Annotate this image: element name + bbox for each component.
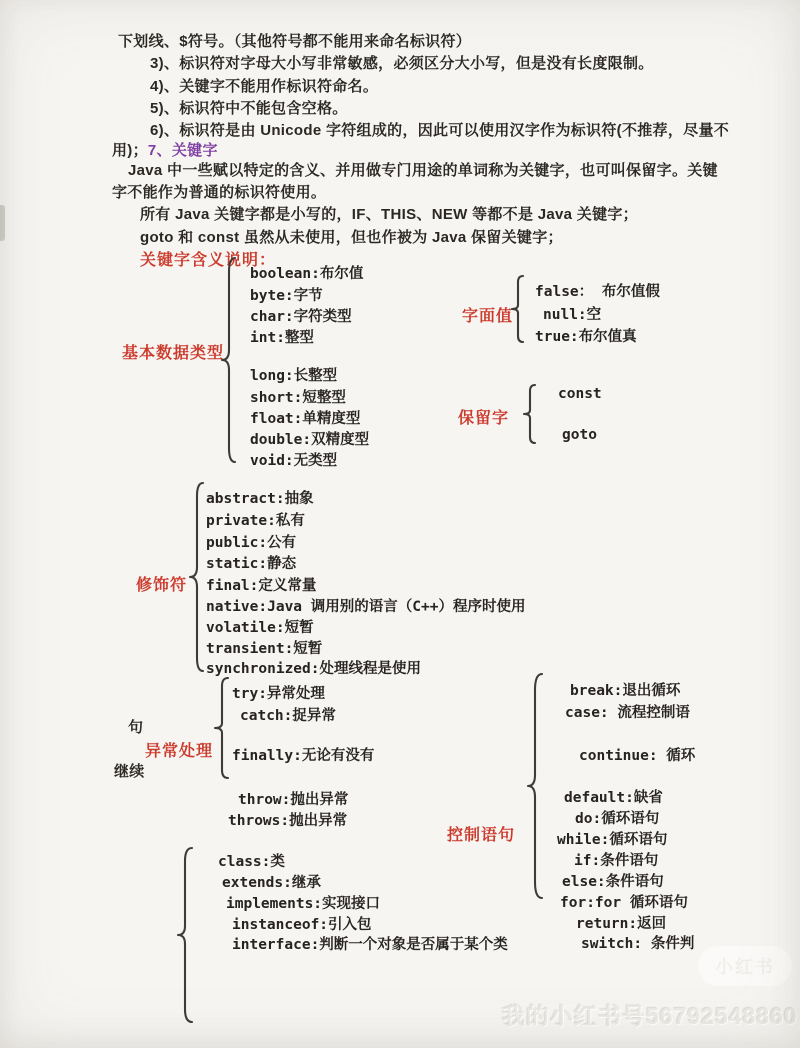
keyword-item: double:双精度型 (250, 428, 369, 449)
keyword-item: abstract:抽象 (206, 487, 314, 508)
curly-brace-exceptions (213, 676, 231, 780)
keyword-item: static:静态 (206, 552, 296, 573)
intro-line-6: 用)；7、关键字 (112, 139, 218, 160)
keyword-item: interface:判断一个对象是否属于某个类 (232, 933, 508, 954)
keyword-item: switch: 条件判 (581, 932, 694, 953)
keyword-item: if:条件语句 (574, 849, 658, 870)
keyword-item: catch:捉异常 (240, 704, 336, 725)
group-label-reserved: 保留字 (458, 405, 509, 428)
curly-brace-class (176, 846, 196, 1024)
intro-para-1b: 字不能作为普通的标识符使用。 (112, 181, 326, 202)
keyword-item: const (558, 386, 602, 402)
intro-line-3: 4)、关键字不能用作标识符命名。 (150, 75, 378, 96)
curly-brace-control (526, 672, 546, 900)
keyword-item: transient:短暂 (206, 637, 322, 658)
keyword-item: int:整型 (250, 326, 314, 347)
keyword-item: public:公有 (206, 531, 296, 552)
keyword-section-number: 7、关键字 (148, 142, 218, 159)
intro-para-3: goto 和 const 虽然从未使用，但也作被为 Java 保留关键字； (140, 226, 563, 247)
keyword-item: native:Java 调用别的语言（C++）程序时使用 (206, 595, 525, 616)
curly-brace-reserved (522, 383, 538, 445)
keyword-item: while:循环语句 (557, 828, 667, 849)
keyword-item: private:私有 (206, 509, 305, 530)
keyword-item: false： 布尔值假 (535, 280, 660, 301)
keyword-item: boolean:布尔值 (250, 262, 363, 283)
keyword-item: volatile:短暂 (206, 616, 314, 637)
intro-line-6-black: 用)； (112, 142, 148, 159)
keyword-item: char:字符类型 (250, 305, 352, 326)
keyword-item: finally:无论有没有 (232, 744, 374, 765)
keyword-item: synchronized:处理线程是使用 (206, 657, 421, 678)
keyword-item: continue: 循环 (579, 744, 695, 765)
keyword-item: float:单精度型 (250, 407, 360, 428)
keyword-item: return:返回 (576, 912, 666, 933)
curly-brace-modifiers (188, 481, 206, 673)
curly-brace-literals (510, 274, 526, 344)
document-page: 下划线、$符号。（其他符号都不能用来命名标识符） 3)、标识符对字母大小写非常敏… (0, 0, 800, 1048)
keyword-item: class:类 (218, 850, 285, 871)
keyword-item: goto (562, 427, 597, 443)
curly-brace-basic-types (220, 256, 238, 464)
keyword-item: null:空 (543, 303, 601, 324)
stray-text-bottom: 继续 (114, 760, 145, 781)
watermark-id-text: 我的小红书号56792548860 (502, 998, 798, 1031)
keyword-item: byte:字节 (250, 284, 323, 305)
keyword-item: short:短整型 (250, 386, 346, 407)
keyword-item: break:退出循环 (570, 679, 680, 700)
keyword-item: extends:继承 (222, 871, 321, 892)
keyword-item: true:布尔值真 (535, 325, 637, 346)
keyword-item: try:异常处理 (232, 682, 325, 703)
group-label-exceptions: 异常处理 (145, 738, 213, 761)
intro-para-2: 所有 Java 关键字都是小写的，IF、THIS、NEW 等都不是 Java 关… (140, 203, 638, 224)
intro-line-2: 3)、标识符对字母大小写非常敏感，必须区分大小写，但是没有长度限制。 (150, 52, 654, 73)
keyword-item: void:无类型 (250, 449, 337, 470)
keyword-item: instanceof:引入包 (232, 913, 372, 934)
stray-text-top: 句 (128, 716, 143, 737)
group-label-literals: 字面值 (462, 303, 513, 326)
keyword-item: long:长整型 (250, 364, 337, 385)
keyword-item: do:循环语句 (575, 807, 659, 828)
keyword-item: final:定义常量 (206, 574, 316, 595)
photo-edge-mark (0, 205, 5, 241)
intro-para-1a: Java 中一些赋以特定的含义、并用做专门用途的单词称为关键字，也可叫保留字。关… (128, 159, 718, 180)
keyword-item: throw:抛出异常 (238, 788, 348, 809)
keyword-item: for:for 循环语句 (560, 891, 688, 912)
intro-line-4: 5)、标识符中不能包含空格。 (150, 97, 348, 118)
keyword-item: else:条件语句 (562, 870, 664, 891)
group-label-modifiers: 修饰符 (136, 572, 187, 595)
intro-line-5: 6)、标识符是由 Unicode 字符组成的，因此可以使用汉字作为标识符(不推荐… (150, 119, 729, 140)
keyword-item: throws:抛出异常 (228, 809, 347, 830)
group-label-control: 控制语句 (447, 822, 515, 845)
keyword-item: implements:实现接口 (226, 892, 380, 913)
keyword-item: default:缺省 (564, 786, 663, 807)
intro-line-1: 下划线、$符号。（其他符号都不能用来命名标识符） (118, 30, 471, 51)
keyword-item: case: 流程控制语 (565, 701, 690, 722)
group-label-basic-types: 基本数据类型 (122, 340, 224, 363)
xiaohongshu-badge: 小红书 (698, 946, 792, 986)
